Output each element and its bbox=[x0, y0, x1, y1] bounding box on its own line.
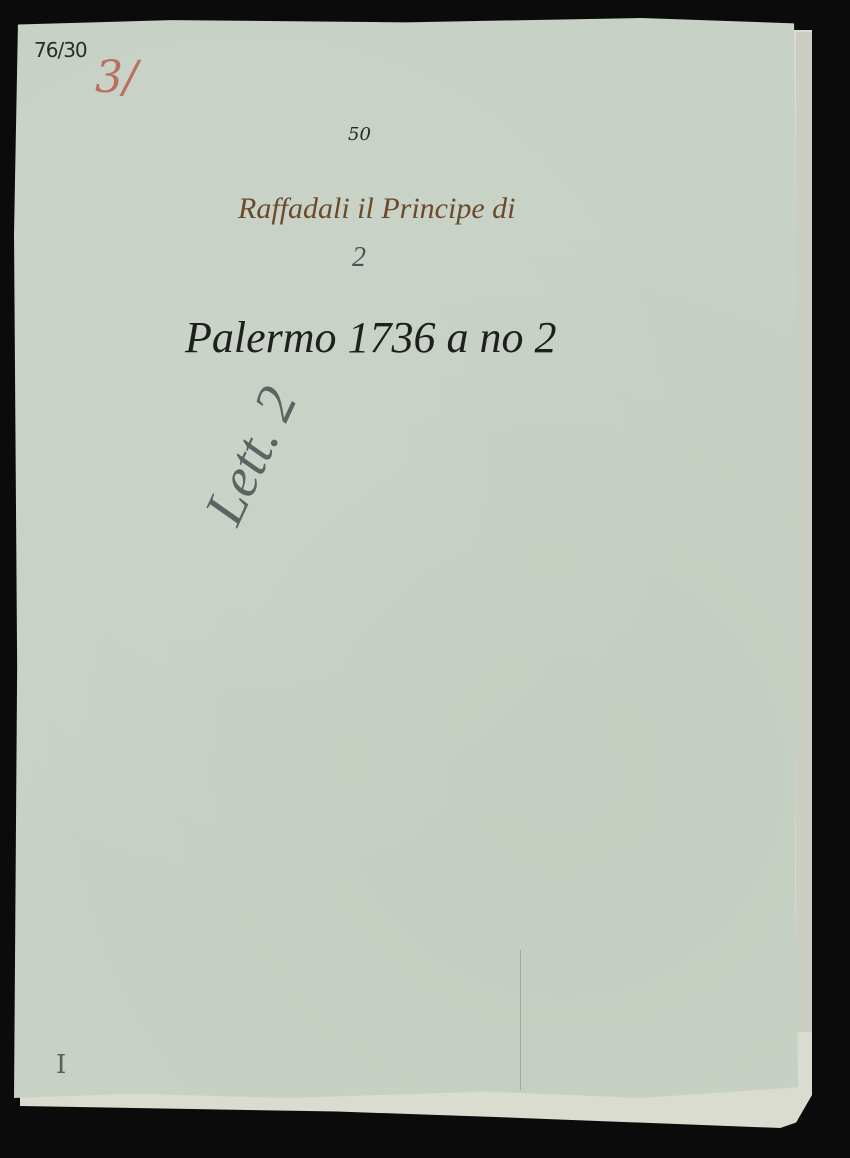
folio-number: 50 bbox=[348, 124, 371, 145]
red-crayon-number: 3/ bbox=[95, 52, 138, 103]
document-page bbox=[14, 18, 798, 1098]
sheet-edge bbox=[796, 32, 812, 1032]
title-number: 2 bbox=[352, 242, 366, 274]
place-date-line: Palermo 1736 a no 2 bbox=[185, 312, 557, 363]
archive-number: 76/30 bbox=[34, 38, 87, 62]
roman-numeral: I bbox=[56, 1050, 66, 1080]
paper-crease bbox=[520, 950, 521, 1090]
title-line: Raffadali il Principe di bbox=[238, 192, 515, 226]
